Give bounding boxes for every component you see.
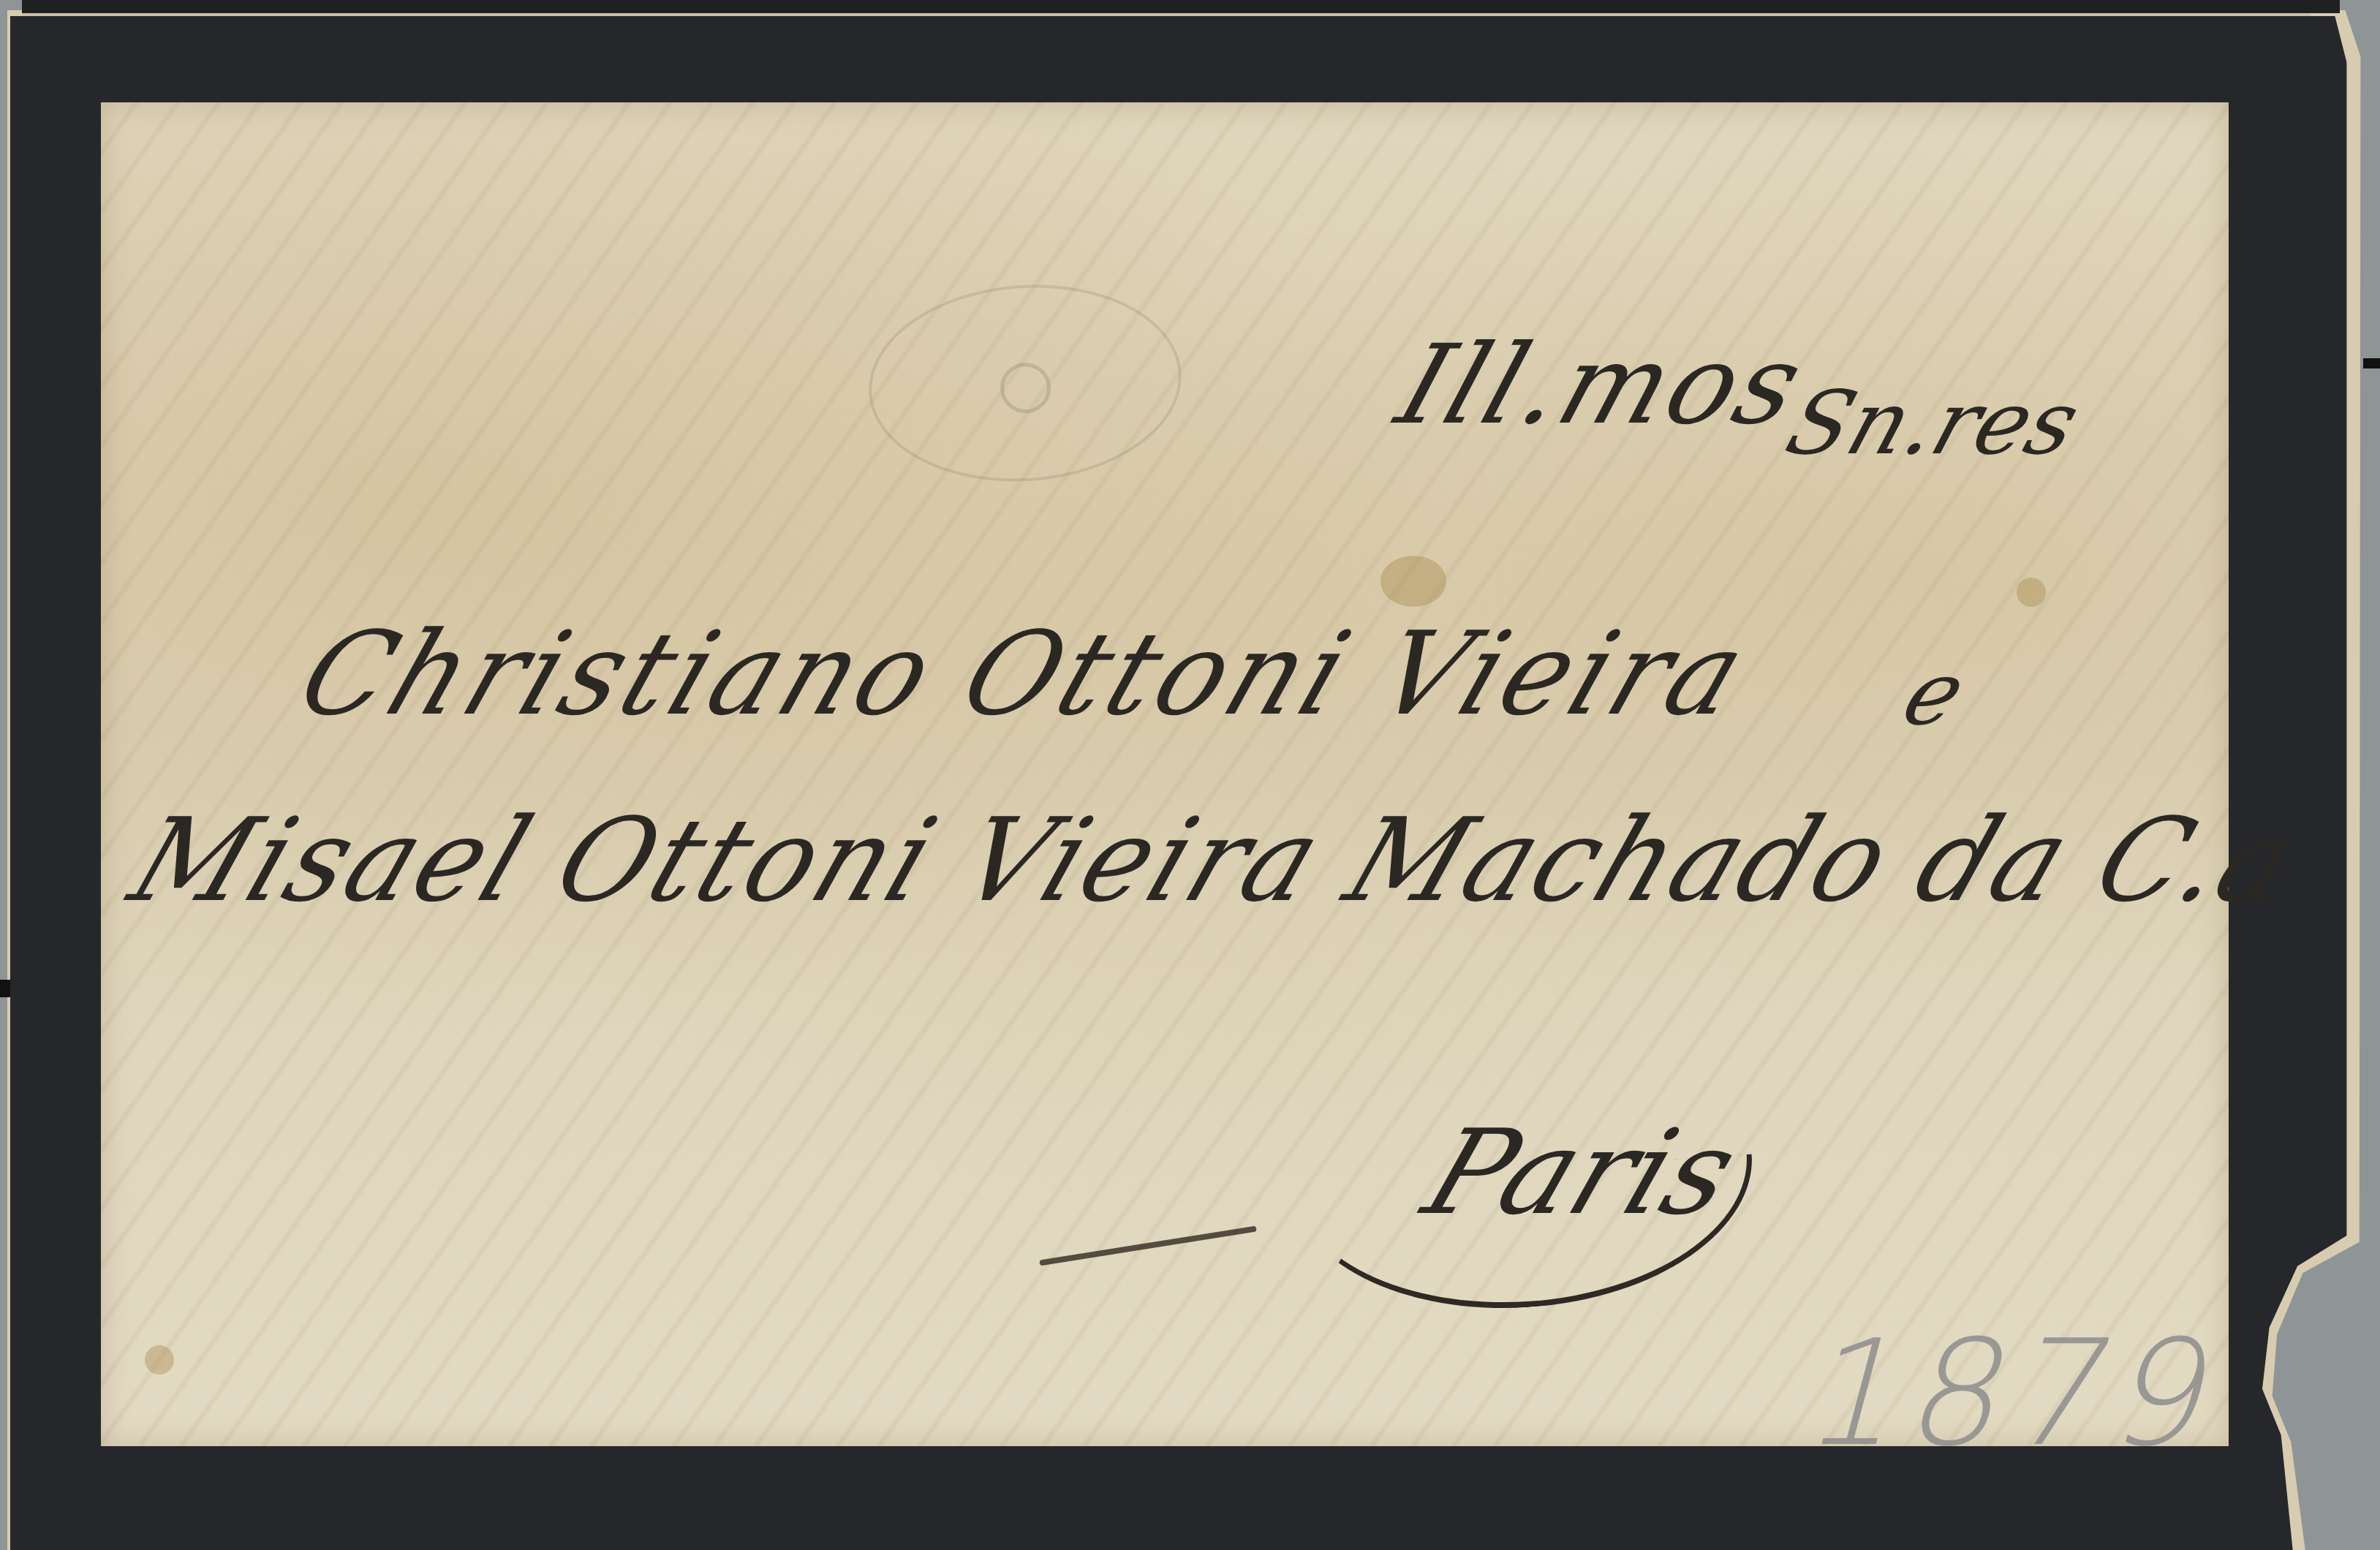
destination-city: Paris xyxy=(1408,1104,1755,1241)
pencil-year-annotation: 1879 xyxy=(1791,1309,2243,1479)
faint-postmark: ○ xyxy=(862,274,1188,491)
salutation-abbreviation: Sn.res xyxy=(1775,373,2091,475)
stain xyxy=(1380,556,1446,607)
envelope-top-flap xyxy=(22,0,2340,13)
stain xyxy=(145,1345,174,1375)
scan-margin-mark xyxy=(2363,358,2380,368)
addressee-line-2: Misael Ottoni Vieira Machado da C.a xyxy=(115,794,2316,928)
addressee-line-1: Christiano Ottoni Vieira xyxy=(283,608,1766,741)
scan-margin-mark xyxy=(0,980,10,997)
salutation: Ill.mos xyxy=(1383,322,1820,449)
scanned-envelope: ○ Ill.mos Sn.res Christiano Ottoni Vieir… xyxy=(0,0,2380,1550)
stain xyxy=(2017,578,2046,607)
